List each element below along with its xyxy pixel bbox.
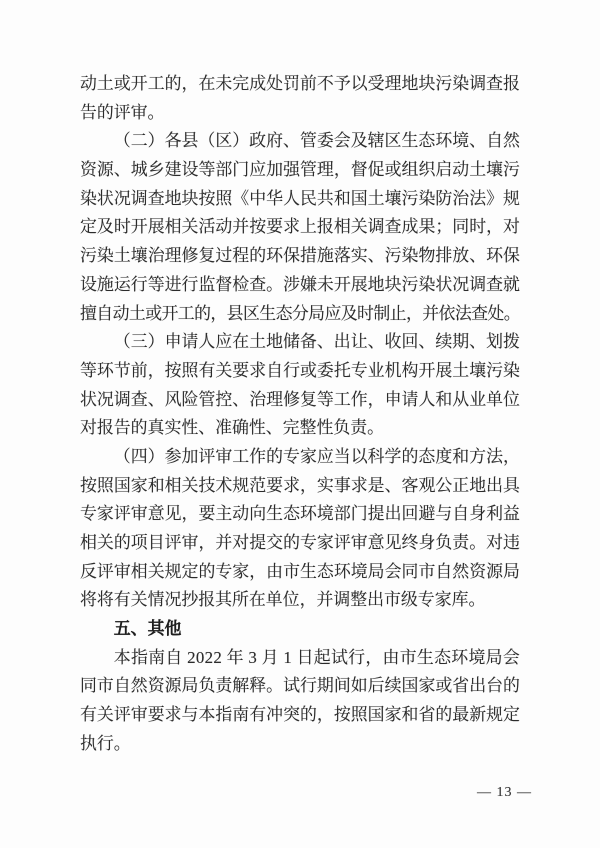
para-item-3: （三）申请人应在土地储备、出让、收回、续期、划拨等环节前，按照有关要求自行或委托…	[80, 328, 520, 443]
para-item-4: （四）参加评审工作的专家应当以科学的态度和方法，按照国家和相关技术规范要求，实事…	[80, 443, 520, 615]
text-line: 执行。	[80, 730, 520, 759]
text-line: （四）参加评审工作的专家应当以科学的态度和方法，	[80, 443, 520, 472]
text-line: 将将有关情况抄报其所在单位，并调整出市级专家库。	[80, 586, 520, 615]
text-line: 同市自然资源局负责解释。试行期间如后续国家或省出台的	[80, 672, 520, 701]
text-line: 染状况调查地块按照《中华人民共和国土壤污染防治法》规	[80, 185, 520, 214]
text-line: （三）申请人应在土地储备、出让、收回、续期、划拨	[80, 328, 520, 357]
para-item-2: （二）各县（区）政府、管委会及辖区生态环境、自然资源、城乡建设等部门应加强管理，…	[80, 127, 520, 328]
text-line: 状况调查、风险管控、治理修复等工作，申请人和从业单位	[80, 386, 520, 415]
text-line: 动土或开工的，在未完成处罚前不予以受理地块污染调查报	[80, 70, 520, 99]
text-line: 资源、城乡建设等部门应加强管理，督促或组织启动土壤污	[80, 156, 520, 185]
text-line: 反评审相关规定的专家，由市生态环境局会同市自然资源局	[80, 558, 520, 587]
text-line: 有关评审要求与本指南有冲突的，按照国家和省的最新规定	[80, 701, 520, 730]
page-number: — 13 —	[477, 785, 532, 801]
heading-section-5: 五、其他	[80, 615, 520, 644]
text-line: 本指南自 2022 年 3 月 1 日起试行，由市生态环境局会	[80, 644, 520, 673]
text-line: 专家评审意见，要主动向生态环境部门提出回避与自身利益	[80, 500, 520, 529]
text-line: 告的评审。	[80, 99, 520, 128]
text-line: 五、其他	[80, 615, 520, 644]
document-page: 动土或开工的，在未完成处罚前不予以受理地块污染调查报告的评审。（二）各县（区）政…	[0, 0, 600, 848]
text-line: 等环节前，按照有关要求自行或委托专业机构开展土壤污染	[80, 357, 520, 386]
text-line: 擅自动土或开工的，县区生态分局应及时制止，并依法查处。	[80, 300, 520, 329]
para-closing: 本指南自 2022 年 3 月 1 日起试行，由市生态环境局会同市自然资源局负责…	[80, 644, 520, 759]
text-line: 设施运行等进行监督检查。涉嫌未开展地块污染状况调查就	[80, 271, 520, 300]
para-continuation: 动土或开工的，在未完成处罚前不予以受理地块污染调查报告的评审。	[80, 70, 520, 127]
text-line: 定及时开展相关活动并按要求上报相关调查成果；同时，对	[80, 213, 520, 242]
text-line: 污染土壤治理修复过程的环保措施落实、污染物排放、环保	[80, 242, 520, 271]
text-line: （二）各县（区）政府、管委会及辖区生态环境、自然	[80, 127, 520, 156]
text-line: 按照国家和相关技术规范要求，实事求是、客观公正地出具	[80, 472, 520, 501]
text-line: 相关的项目评审，并对提交的专家评审意见终身负责。对违	[80, 529, 520, 558]
text-line: 对报告的真实性、准确性、完整性负责。	[80, 414, 520, 443]
document-body: 动土或开工的，在未完成处罚前不予以受理地块污染调查报告的评审。（二）各县（区）政…	[80, 70, 520, 759]
